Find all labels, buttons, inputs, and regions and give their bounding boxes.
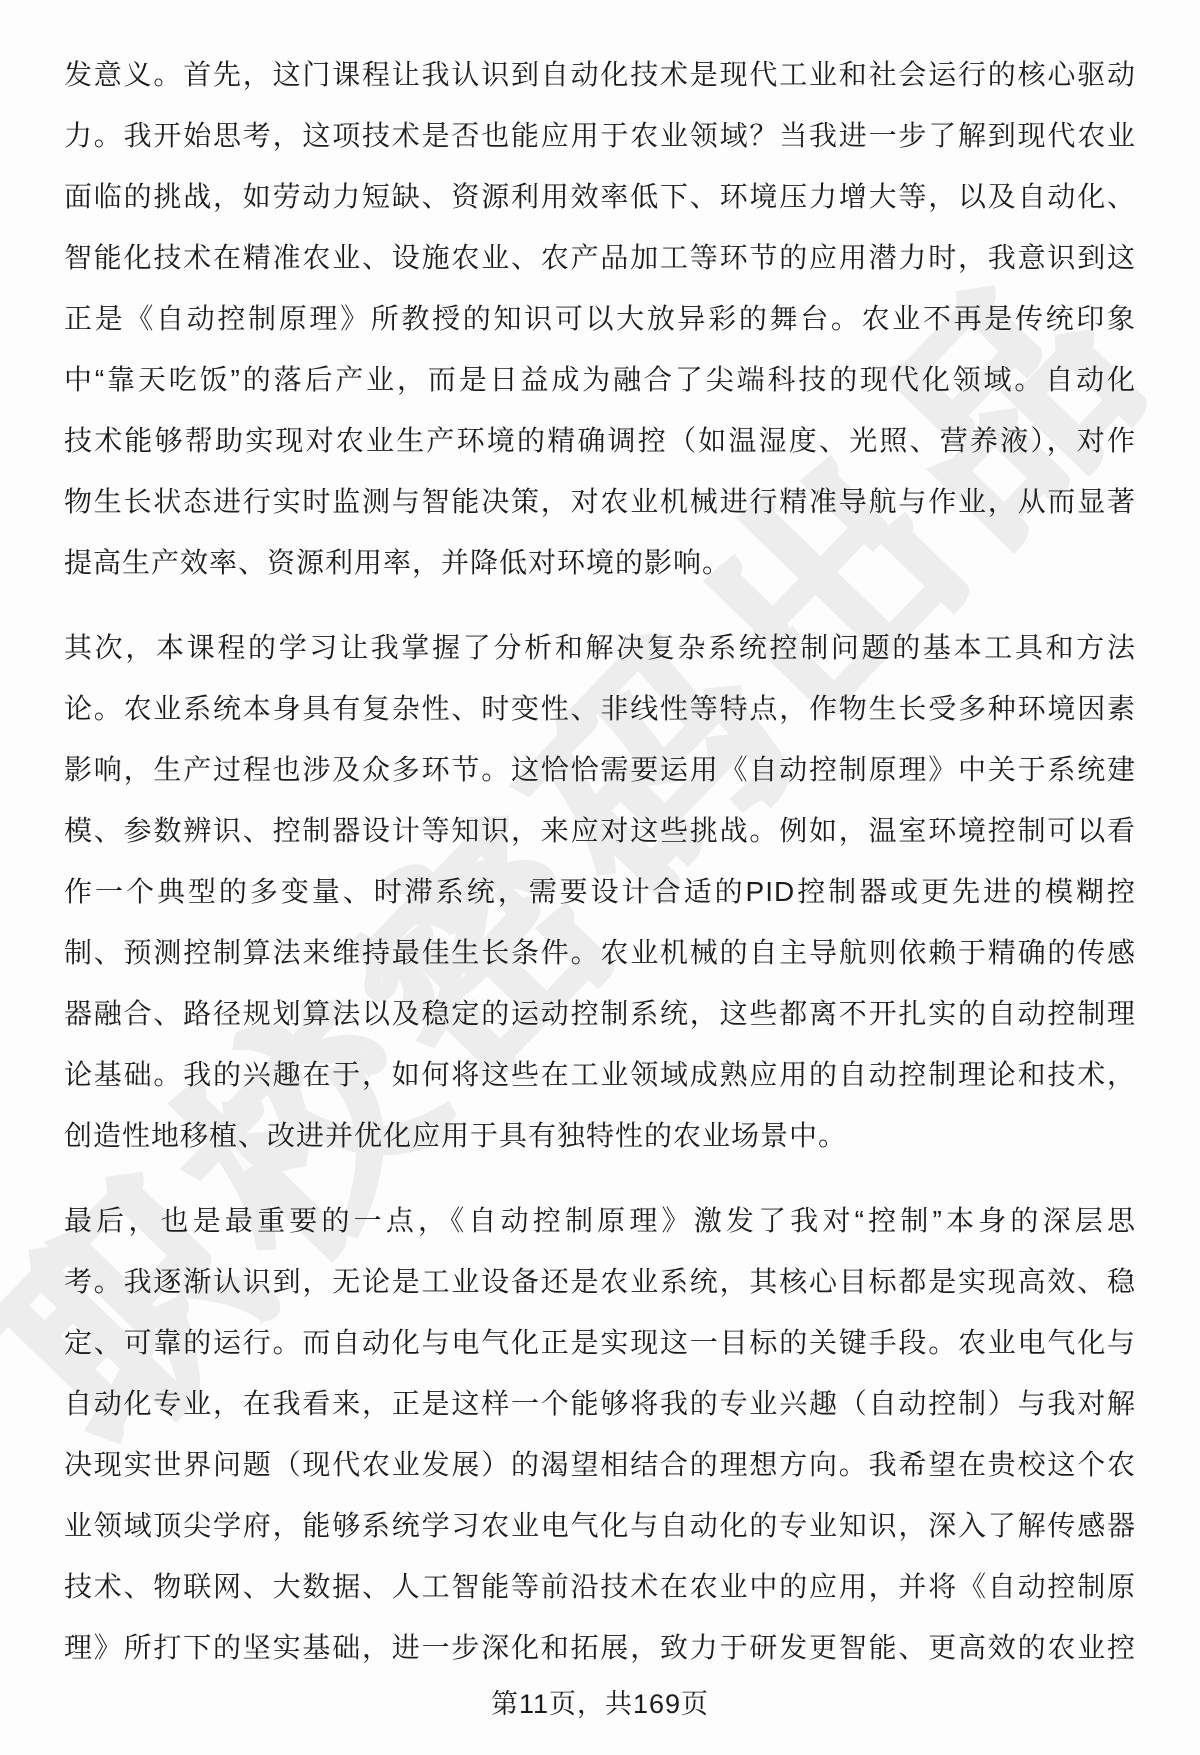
text-line: 业领域顶尖学府，能够系统学习农业电气化与自动化的专业知识，深入了解传感器 — [64, 1495, 1136, 1556]
text-line: 力。我开始思考，这项技术是否也能应用于农业领域？当我进一步了解到现代农业 — [64, 105, 1136, 166]
page-number: 第11页，共169页 — [491, 1689, 709, 1719]
text-line: 智能化技术在精准农业、设施农业、农产品加工等环节的应用潜力时，我意识到这 — [64, 227, 1136, 288]
text-line: 作一个典型的多变量、时滞系统，需要设计合适的PID控制器或更先进的模糊控 — [64, 861, 1136, 922]
text-line: 技术能够帮助实现对农业生产环境的精确调控（如温湿度、光照、营养液），对作 — [64, 410, 1136, 471]
paragraph-1: 发意义。首先，这门课程让我认识到自动化技术是现代工业和社会运行的核心驱动 力。我… — [64, 44, 1136, 593]
text-line: 发意义。首先，这门课程让我认识到自动化技术是现代工业和社会运行的核心驱动 — [64, 44, 1136, 105]
text-line: 最后，也是最重要的一点，《自动控制原理》激发了我对“控制”本身的深层思 — [64, 1190, 1136, 1251]
text-line: 正是《自动控制原理》所教授的知识可以大放异彩的舞台。农业不再是传统印象 — [64, 288, 1136, 349]
text-line: 理》所打下的坚实基础，进一步深化和拓展，致力于研发更智能、更高效的农业控 — [64, 1617, 1136, 1678]
text-line: 决现实世界问题（现代农业发展）的渴望相结合的理想方向。我希望在贵校这个农 — [64, 1434, 1136, 1495]
paragraph-2: 其次，本课程的学习让我掌握了分析和解决复杂系统控制问题的基本工具和方法 论。农业… — [64, 617, 1136, 1166]
text-line: 其次，本课程的学习让我掌握了分析和解决复杂系统控制问题的基本工具和方法 — [64, 617, 1136, 678]
text-line: 器融合、路径规划算法以及稳定的运动控制系统，这些都离不开扎实的自动控制理 — [64, 983, 1136, 1044]
text-line: 提高生产效率、资源利用率，并降低对环境的影响。 — [64, 532, 1136, 593]
text-line: 考。我逐渐认识到，无论是工业设备还是农业系统，其核心目标都是实现高效、稳 — [64, 1251, 1136, 1312]
document-page: 职校密码出品 发意义。首先，这门课程让我认识到自动化技术是现代工业和社会运行的核… — [0, 0, 1200, 1755]
text-line: 影响，生产过程也涉及众多环节。这恰恰需要运用《自动控制原理》中关于系统建 — [64, 739, 1136, 800]
text-line: 定、可靠的运行。而自动化与电气化正是实现这一目标的关键手段。农业电气化与 — [64, 1312, 1136, 1373]
page-footer: 第11页，共169页 — [0, 1682, 1200, 1726]
paragraph-3: 最后，也是最重要的一点，《自动控制原理》激发了我对“控制”本身的深层思 考。我逐… — [64, 1190, 1136, 1678]
text-line: 自动化专业，在我看来，正是这样一个能够将我的专业兴趣（自动控制）与我对解 — [64, 1373, 1136, 1434]
text-line: 面临的挑战，如劳动力短缺、资源利用效率低下、环境压力增大等，以及自动化、 — [64, 166, 1136, 227]
text-line: 制、预测控制算法来维持最佳生长条件。农业机械的自主导航则依赖于精确的传感 — [64, 922, 1136, 983]
text-line: 论基础。我的兴趣在于，如何将这些在工业领域成熟应用的自动控制理论和技术， — [64, 1044, 1136, 1105]
text-line: 模、参数辨识、控制器设计等知识，来应对这些挑战。例如，温室环境控制可以看 — [64, 800, 1136, 861]
text-line: 中“靠天吃饭”的落后产业，而是日益成为融合了尖端科技的现代化领域。自动化 — [64, 349, 1136, 410]
document-body: 发意义。首先，这门课程让我认识到自动化技术是现代工业和社会运行的核心驱动 力。我… — [64, 44, 1136, 1678]
text-line: 技术、物联网、大数据、人工智能等前沿技术在农业中的应用，并将《自动控制原 — [64, 1556, 1136, 1617]
text-line: 创造性地移植、改进并优化应用于具有独特性的农业场景中。 — [64, 1105, 1136, 1166]
text-line: 论。农业系统本身具有复杂性、时变性、非线性等特点，作物生长受多种环境因素 — [64, 678, 1136, 739]
text-line: 物生长状态进行实时监测与智能决策，对农业机械进行精准导航与作业，从而显著 — [64, 471, 1136, 532]
